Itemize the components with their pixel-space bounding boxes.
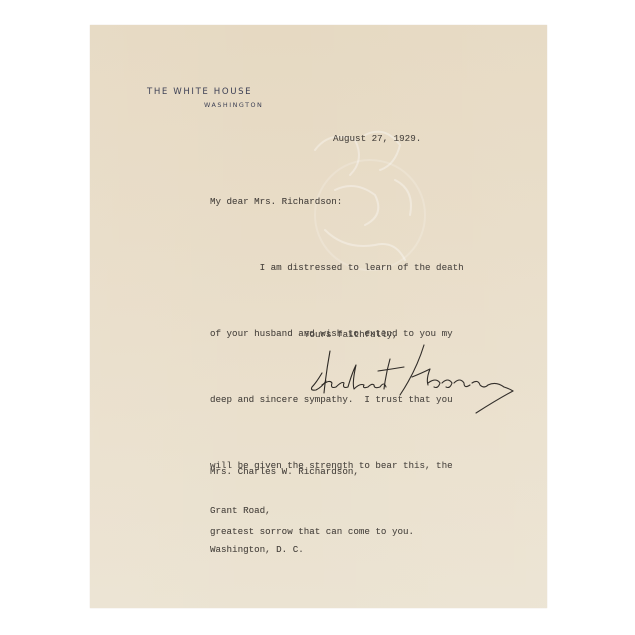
letterhead-subtitle: WASHINGTON [204,101,263,109]
address-line: Grant Road, [210,504,359,517]
letter-date: August 27, 1929. [333,128,421,150]
body-line: I am distressed to learn of the death [210,257,464,279]
letter-paper: THE WHITE HOUSE WASHINGTON August 27, 19… [90,25,547,608]
address-line: Washington, D. C. [210,543,359,556]
address-line: Mrs. Charles W. Richardson, [210,465,359,478]
recipient-address: Mrs. Charles W. Richardson, Grant Road, … [210,439,359,582]
signature-herbert-hoover [308,343,518,415]
letter-salutation: My dear Mrs. Richardson: [210,191,342,213]
letterhead-title: THE WHITE HOUSE [147,87,252,97]
